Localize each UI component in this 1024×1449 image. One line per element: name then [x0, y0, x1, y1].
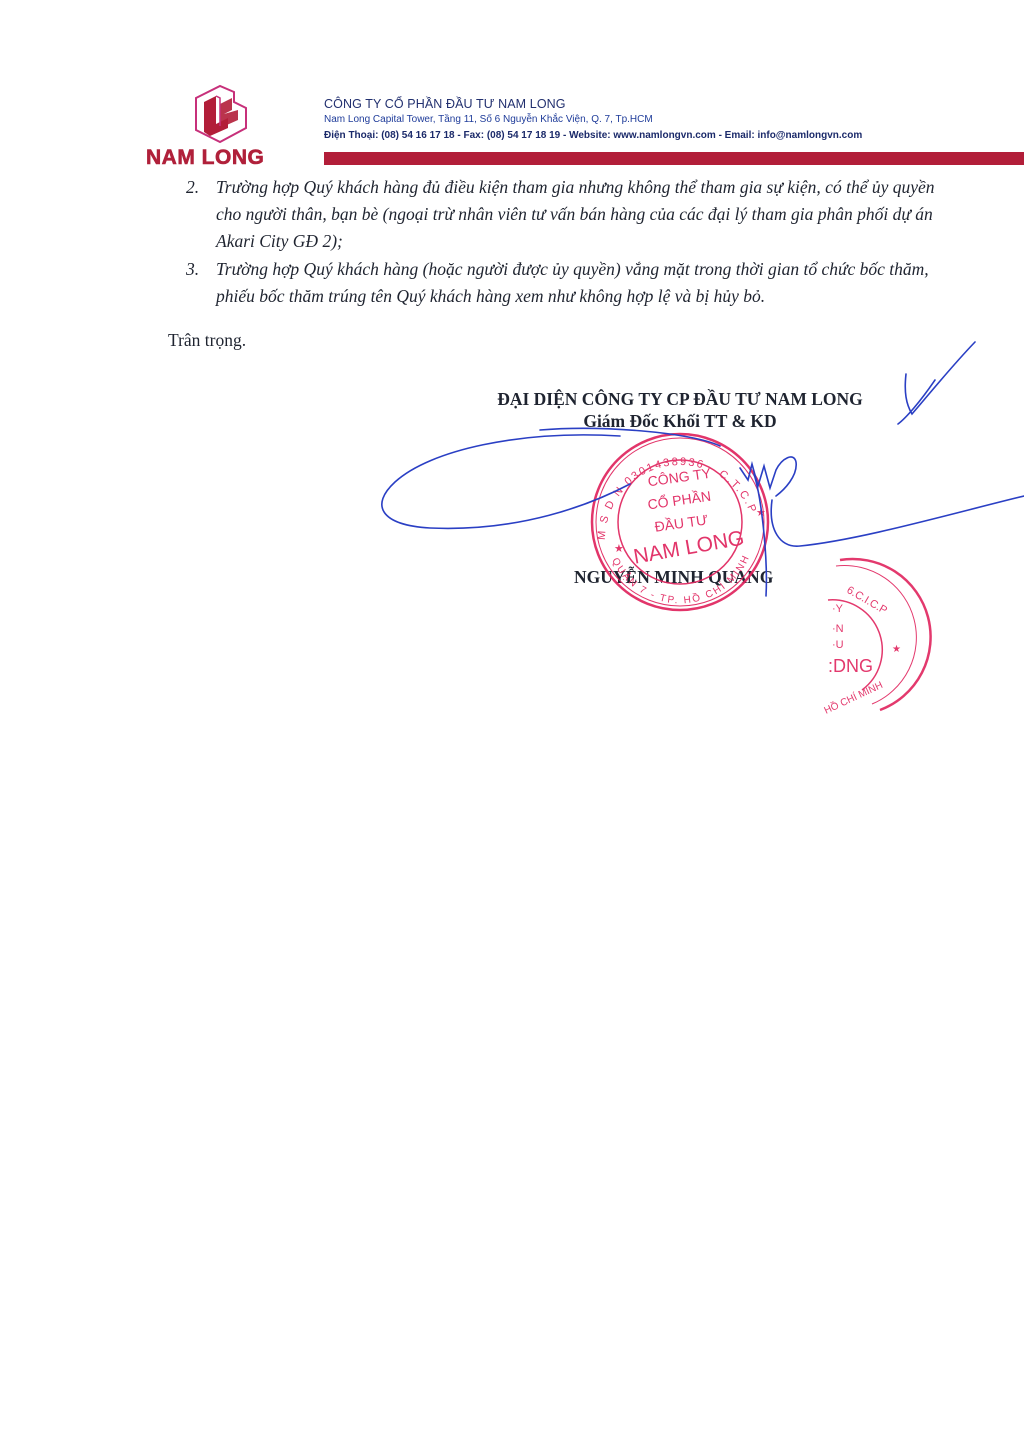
signatory-organization: ĐẠI DIỆN CÔNG TY CP ĐẦU TƯ NAM LONG [440, 388, 920, 410]
list-item: 2. Trường hợp Quý khách hàng đủ điều kiệ… [186, 174, 946, 255]
header-divider-bar [324, 152, 1024, 165]
svg-text:HỒ CHÍ MINH: HỒ CHÍ MINH [822, 678, 885, 717]
closing-salutation: Trân trọng. [168, 330, 246, 351]
signatory-title: Giám Đốc Khối TT & KD [440, 410, 920, 432]
nam-long-logo-icon [186, 84, 254, 150]
svg-text:·Y: ·Y [832, 603, 844, 615]
list-number: 2. [186, 174, 214, 201]
svg-text:ĐẦU TƯ: ĐẦU TƯ [654, 511, 709, 534]
list-item: 3. Trường hợp Quý khách hàng (hoặc người… [186, 256, 946, 310]
svg-text:★: ★ [892, 644, 901, 655]
svg-text:·U: ·U [832, 639, 844, 651]
svg-text:CÔNG TY: CÔNG TY [647, 465, 713, 490]
list-text: Trường hợp Quý khách hàng (hoặc người đư… [216, 256, 946, 310]
partial-seal-icon: 6.C.I.C.P ★ :DNG HỒ CHÍ MINH ·Y ·N ·U [822, 559, 931, 717]
company-name: CÔNG TY CỔ PHẦN ĐẦU TƯ NAM LONG [324, 97, 566, 111]
svg-text:NAM LONG: NAM LONG [632, 527, 746, 569]
svg-text:6.C.I.C.P: 6.C.I.C.P [845, 584, 890, 617]
svg-text:★: ★ [614, 543, 624, 555]
svg-text:·N: ·N [832, 623, 844, 635]
company-address: Nam Long Capital Tower, Tầng 11, Số 6 Ng… [324, 114, 653, 125]
signer-name: NGUYỄN MINH QUANG [574, 567, 773, 588]
list-text: Trường hợp Quý khách hàng đủ điều kiện t… [216, 174, 946, 255]
svg-text:M S D N 0301438936 - C.T.C.P: M S D N 0301438936 - C.T.C.P [596, 456, 759, 540]
letterhead: NAM LONG CÔNG TY CỔ PHẦN ĐẦU TƯ NAM LONG… [0, 0, 1024, 180]
svg-text:CỔ PHẦN: CỔ PHẦN [646, 487, 712, 513]
brand-wordmark: NAM LONG [146, 146, 264, 170]
signature-block: ĐẠI DIỆN CÔNG TY CP ĐẦU TƯ NAM LONG Giám… [440, 388, 920, 432]
svg-text:★: ★ [756, 507, 766, 519]
list-number: 3. [186, 256, 214, 283]
company-contact: Điện Thoại: (08) 54 16 17 18 - Fax: (08)… [324, 130, 862, 141]
handwritten-signature-icon [382, 342, 1024, 596]
svg-text::DNG: :DNG [828, 656, 873, 676]
